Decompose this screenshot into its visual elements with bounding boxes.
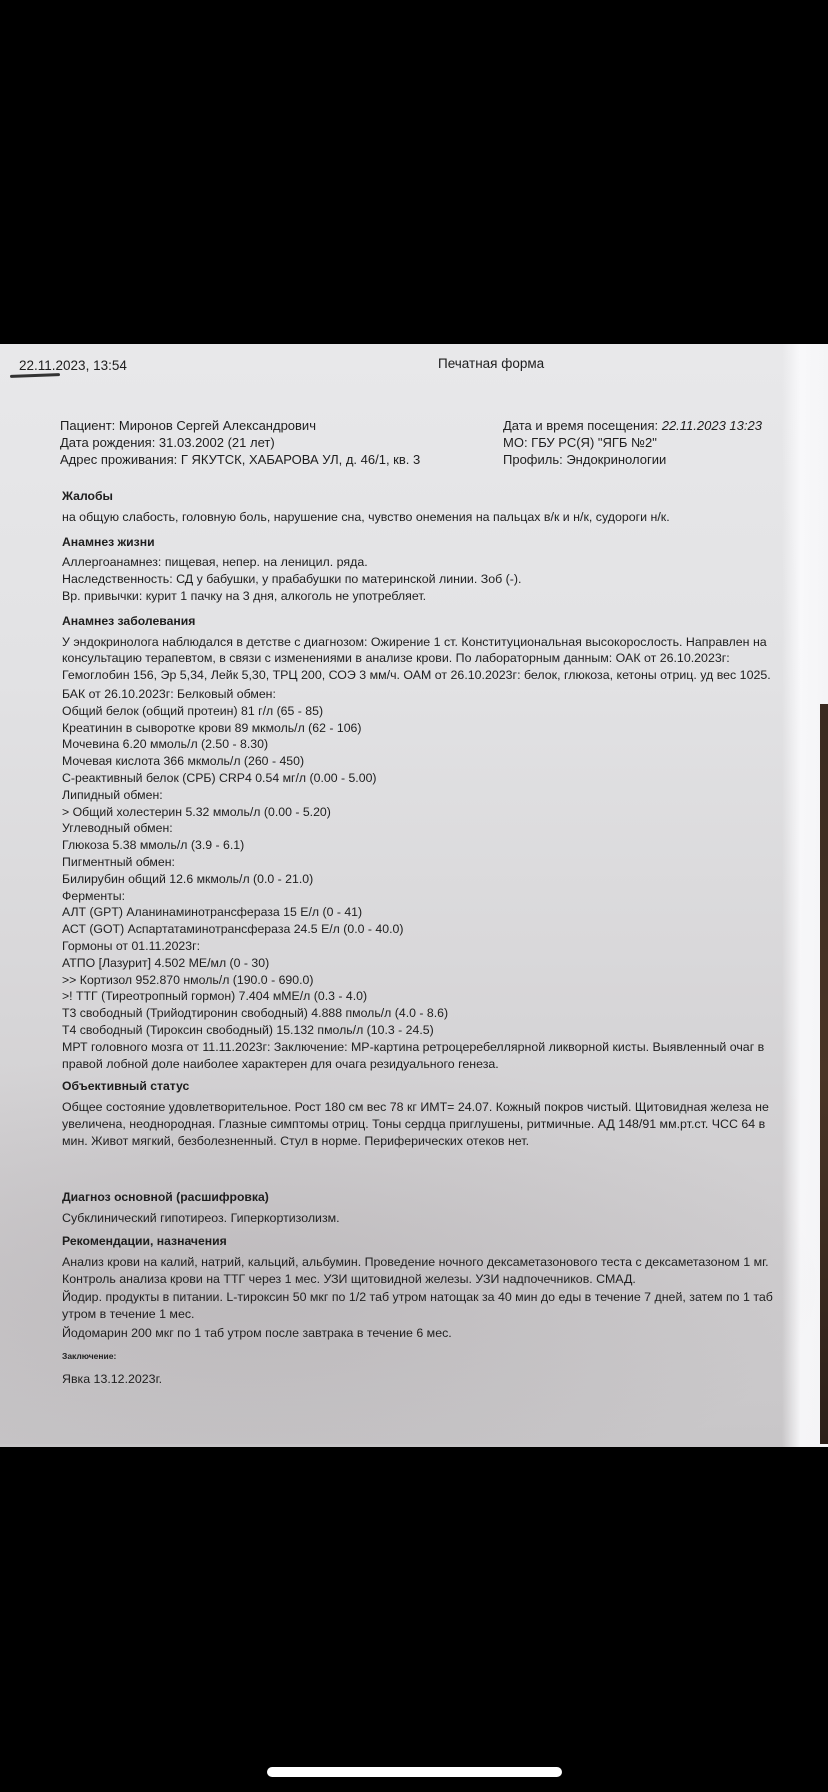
visit-datetime-value: 22.11.2023 13:23: [662, 418, 762, 433]
disease-anamnesis-intro: У эндокринолога наблюдался в детстве с д…: [62, 634, 792, 684]
visit-profile: Профиль: Эндокринологии: [503, 451, 762, 468]
recommendation-paragraph: Йодир. продукты в питании. L-тироксин 50…: [62, 1289, 792, 1323]
lab-result-line: Т4 свободный (Тироксин свободный) 15.132…: [62, 1022, 792, 1039]
lab-result-line: Мочевина 6.20 ммоль/л (2.50 - 8.30): [62, 736, 792, 753]
lab-result-line: БАК от 26.10.2023г: Белковый обмен:: [62, 686, 792, 703]
form-title: Печатная форма: [438, 356, 544, 371]
diagnosis-title: Диагноз основной (расшифровка): [62, 1189, 792, 1206]
lab-result-line: > Общий холестерин 5.32 ммоль/л (0.00 - …: [62, 804, 792, 821]
lab-result-line: АЛТ (GPT) Аланинаминотрансфераза 15 Е/л …: [62, 904, 792, 921]
patient-address: Адрес проживания: Г ЯКУТСК, ХАБАРОВА УЛ,…: [60, 451, 420, 468]
lab-result-line: Креатинин в сыворотке крови 89 мкмоль/л …: [62, 720, 792, 737]
lab-result-line: Липидный обмен:: [62, 787, 792, 804]
lab-result-line: Пигментный обмен:: [62, 854, 792, 871]
objective-status-text: Общее состояние удовлетворительное. Рост…: [62, 1099, 792, 1149]
home-indicator-bar[interactable]: [267, 1767, 562, 1777]
lab-result-line: Билирубин общий 12.6 мкмоль/л (0.0 - 21.…: [62, 871, 792, 888]
life-anamnesis-title: Анамнез жизни: [62, 534, 792, 551]
lab-result-line: АТПО [Лазурит] 4.502 МЕ/мл (0 - 30): [62, 955, 792, 972]
lab-result-line: Общий белок (общий протеин) 81 г/л (65 -…: [62, 703, 792, 720]
mri-result: МРТ головного мозга от 11.11.2023г: Закл…: [62, 1039, 792, 1073]
lab-result-line: АСТ (GOT) Аспартатаминотрансфераза 24.5 …: [62, 921, 792, 938]
visit-mo: МО: ГБУ РС(Я) "ЯГБ №2": [503, 434, 762, 451]
document-body: Жалобы на общую слабость, головную боль,…: [62, 482, 792, 1389]
visit-info: Дата и время посещения: 22.11.2023 13:23…: [503, 417, 762, 468]
recommendation-paragraph: Йодомарин 200 мкг по 1 таб утром после з…: [62, 1325, 792, 1342]
printed-document-sheet: 22.11.2023, 13:54 Печатная форма Пациент…: [0, 344, 828, 1447]
objective-status-title: Объективный статус: [62, 1078, 792, 1095]
lab-result-line: Углеводный обмен:: [62, 820, 792, 837]
print-timestamp: 22.11.2023, 13:54: [19, 358, 127, 373]
lab-result-line: С-реактивный белок (СРБ) CRP4 0.54 мг/л …: [62, 770, 792, 787]
complaints-text: на общую слабость, головную боль, наруше…: [62, 509, 792, 526]
patient-info: Пациент: Миронов Сергей Александрович Да…: [60, 417, 420, 468]
allergy-line: Аллергоанамнез: пищевая, непер. на лениц…: [62, 554, 792, 571]
habits-line: Вр. привычки: курит 1 пачку на 3 дня, ал…: [62, 588, 792, 605]
patient-birthdate: Дата рождения: 31.03.2002 (21 лет): [60, 434, 420, 451]
recommendations-title: Рекомендации, назначения: [62, 1233, 792, 1250]
complaints-title: Жалобы: [62, 488, 792, 505]
lab-result-line: Мочевая кислота 366 мкмоль/л (260 - 450): [62, 753, 792, 770]
heredity-line: Наследственность: СД у бабушки, у прабаб…: [62, 571, 792, 588]
lab-result-line: Т3 свободный (Трийодтиронин свободный) 4…: [62, 1005, 792, 1022]
visit-datetime: Дата и время посещения: 22.11.2023 13:23: [503, 417, 762, 434]
disease-anamnesis-title: Анамнез заболевания: [62, 613, 792, 630]
lab-result-line: >> Кортизол 952.870 нмоль/л (190.0 - 690…: [62, 972, 792, 989]
lab-result-line: Гормоны от 01.11.2023г:: [62, 938, 792, 955]
lab-result-line: >! ТТГ (Тиреотропный гормон) 7.404 мМЕ/л…: [62, 988, 792, 1005]
recommendation-paragraph: Анализ крови на калий, натрий, кальций, …: [62, 1254, 792, 1288]
lab-result-line: Ферменты:: [62, 888, 792, 905]
conclusion-title: Заключение:: [62, 1348, 792, 1365]
visit-datetime-label: Дата и время посещения:: [503, 418, 662, 433]
diagnosis-text: Субклинический гипотиреоз. Гиперкортизол…: [62, 1210, 792, 1227]
lab-result-line: Глюкоза 5.38 ммоль/л (3.9 - 6.1): [62, 837, 792, 854]
lab-results-list: БАК от 26.10.2023г: Белковый обмен:Общий…: [62, 686, 792, 1039]
patient-name: Пациент: Миронов Сергей Александрович: [60, 417, 420, 434]
pen-underline-mark: [10, 373, 60, 378]
conclusion-text: Явка 13.12.2023г.: [62, 1371, 792, 1388]
